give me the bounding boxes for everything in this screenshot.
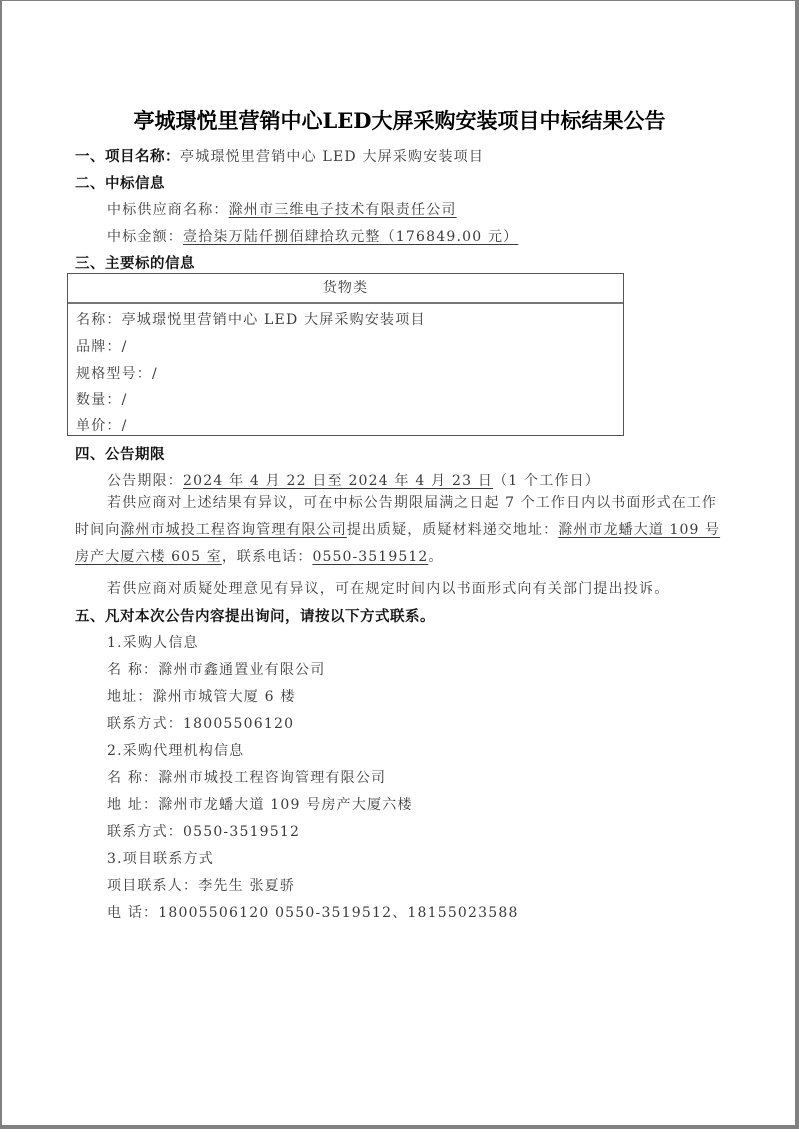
- supplier-label: 中标供应商名称：: [107, 202, 229, 218]
- amount-value: 壹拾柒万陆仟捌佰肆拾玖元整（176849.00 元）: [183, 229, 518, 245]
- table-row: 规格型号：/: [76, 363, 158, 383]
- contact-phone: 0550-3519512: [312, 549, 428, 565]
- table-row: 数量：/: [76, 389, 128, 409]
- complaint-paragraph: 若供应商对质疑处理意见有异议，可在规定时间内以书面形式向有关部门提出投诉。: [107, 578, 669, 598]
- contact-line: 1.采购人信息: [107, 632, 199, 652]
- document-title: 亭城璟悦里营销中心LED大屏采购安装项目中标结果公告: [0, 105, 799, 135]
- objection-text: ，联系电话：: [222, 549, 313, 565]
- contact-line: 名 称：滁州市城投工程咨询管理有限公司: [107, 767, 386, 787]
- section-heading: 二、中标信息: [75, 172, 165, 193]
- project-name-line: 一、项目名称：亭城璟悦里营销中心 LED 大屏采购安装项目: [75, 145, 484, 166]
- section-heading: 五、凡对本次公告内容提出询问，请按以下方式联系。: [75, 605, 435, 626]
- table-row: 品牌：/: [76, 336, 128, 356]
- contact-line: 2.采购代理机构信息: [107, 740, 244, 760]
- period-line: 公告期限：2024 年 4 月 22 日至 2024 年 4 月 23 日（1 …: [107, 470, 600, 490]
- period-suffix: （1 个工作日）: [493, 473, 600, 489]
- supplier-line: 中标供应商名称：滁州市三维电子技术有限责任公司: [107, 199, 457, 219]
- project-name-value: 亭城璟悦里营销中心 LED 大屏采购安装项目: [180, 149, 484, 165]
- amount-line: 中标金额：壹拾柒万陆仟捌佰肆拾玖元整（176849.00 元）: [107, 226, 518, 246]
- period-value: 2024 年 4 月 22 日至 2024 年 4 月 23 日: [183, 473, 493, 489]
- agency-name: 滁州市城投工程咨询管理有限公司: [120, 522, 347, 538]
- objection-text: 。: [428, 549, 443, 565]
- period-label: 公告期限：: [107, 473, 183, 489]
- contact-line: 项目联系人：李先生 张夏骄: [107, 875, 295, 895]
- contact-line: 名 称：滁州市鑫通置业有限公司: [107, 659, 325, 679]
- section-heading: 三、主要标的信息: [75, 252, 195, 273]
- section-heading: 四、公告期限: [75, 443, 165, 464]
- section-heading: 一、项目名称：: [75, 149, 180, 165]
- goods-table: 货物类 名称：亭城璟悦里营销中心 LED 大屏采购安装项目 品牌：/ 规格型号：…: [67, 273, 624, 436]
- contact-line: 电 话：18005506120 0550-3519512、18155023588: [107, 902, 519, 922]
- contact-line: 3.项目联系方式: [107, 848, 214, 868]
- contact-line: 地址：滁州市城管大厦 6 楼: [107, 686, 296, 706]
- amount-label: 中标金额：: [107, 229, 183, 245]
- objection-paragraph: 若供应商对上述结果有异议，可在中标公告期限届满之日起 7 个工作日内以书面形式在…: [75, 490, 725, 571]
- table-header: 货物类: [68, 274, 623, 304]
- table-row: 单价：/: [76, 415, 128, 435]
- contact-line: 地 址：滁州市龙蟠大道 109 号房产大厦六楼: [107, 794, 413, 814]
- table-row: 名称：亭城璟悦里营销中心 LED 大屏采购安装项目: [76, 309, 426, 329]
- supplier-value: 滁州市三维电子技术有限责任公司: [229, 202, 457, 218]
- contact-line: 联系方式：0550-3519512: [107, 821, 300, 841]
- objection-text: 提出质疑，质疑材料递交地址：: [347, 522, 558, 538]
- contact-line: 联系方式：18005506120: [107, 713, 294, 733]
